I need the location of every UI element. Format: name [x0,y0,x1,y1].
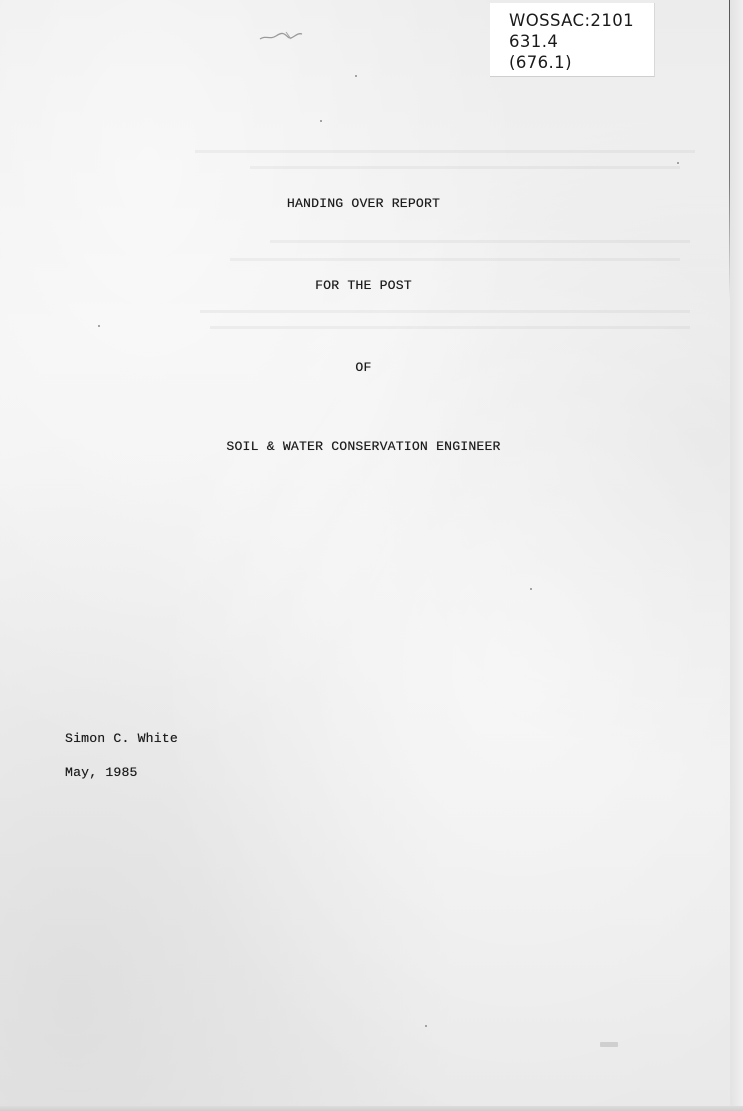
page-bottom-edge [0,1106,743,1111]
title-line-for-the-post: FOR THE POST [0,278,727,293]
page-edge-shadow [730,0,743,1111]
show-through-bleed [270,240,690,243]
show-through-bleed [195,150,695,153]
handwritten-mark-icon [258,29,304,43]
title-line-of: OF [0,360,727,375]
scan-speck [98,325,100,327]
catalog-label-code: WOSSAC:2101 [509,10,654,31]
scan-speck [677,162,679,164]
author-name: Simon C. White [65,731,178,746]
scanned-page: WOSSAC:2101 631.4 (676.1) HANDING OVER R… [0,0,743,1111]
title-line-handing-over-report: HANDING OVER REPORT [0,196,727,211]
show-through-bleed [230,258,680,261]
scan-speck [355,75,357,77]
show-through-bleed [210,326,690,329]
title-line-position: SOIL & WATER CONSERVATION ENGINEER [0,439,727,454]
catalog-label-subclass: (676.1) [509,52,654,73]
catalog-label-classification: 631.4 [509,31,654,52]
catalog-label: WOSSAC:2101 631.4 (676.1) [490,3,655,77]
scan-speck [320,120,322,122]
show-through-bleed [200,310,690,313]
scan-speck [600,1042,618,1047]
document-date: May, 1985 [65,765,138,780]
scan-speck [530,588,532,590]
page-edge-line [729,0,730,300]
show-through-bleed [250,166,680,169]
scan-speck [425,1025,427,1027]
